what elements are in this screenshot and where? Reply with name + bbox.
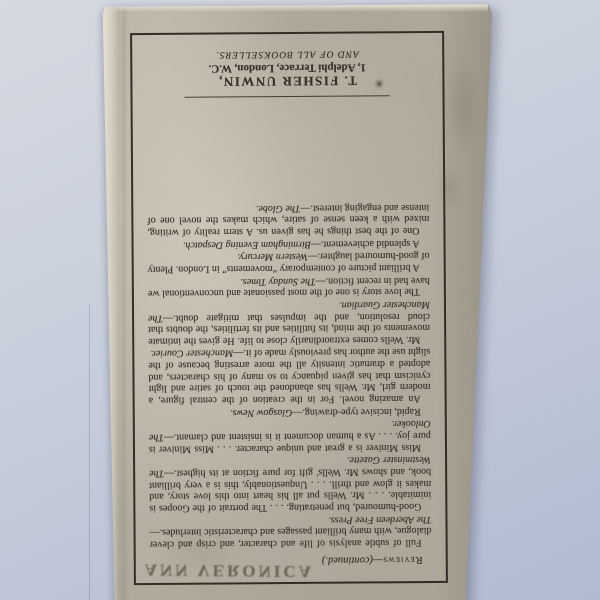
review-text: Full of subtle analysis of life and char… <box>150 525 432 550</box>
booksellers-line: AND OF ALL BOOKSELLERS. <box>146 46 428 60</box>
review-text: Mr. Wells comes extraordinarily close to… <box>148 311 430 347</box>
ghost-title-showthrough: ANN VERONICA <box>145 564 314 577</box>
review-source: The Globe. <box>256 203 301 214</box>
review-paragraph: The love story is one of the most passio… <box>148 274 430 299</box>
review-text: Miss Miniver is a great and unique chara… <box>149 430 431 455</box>
background-seam <box>89 305 90 600</box>
review-paragraph: Miss Miniver is a great and unique chara… <box>149 418 431 455</box>
review-paragraph: Rapid, incisive type-drawing.—Glasgow Ne… <box>149 405 431 419</box>
review-paragraph: Good-humoured, but penetrating. . . . Th… <box>149 454 431 514</box>
cover-crease <box>123 10 126 600</box>
review-text: Good-humoured, but penetrating. . . . Th… <box>149 466 431 514</box>
review-source: Manchester Courier. <box>151 348 234 360</box>
booklet-page: Reviews—(continued.) ANN VERONICA Full o… <box>96 0 492 600</box>
cover-stain <box>446 58 480 154</box>
review-paragraph: Mr. Wells comes extraordinarily close to… <box>148 298 430 347</box>
review-source: The Sunday Times. <box>240 275 315 287</box>
reviews-header-label: Reviews <box>382 554 423 565</box>
review-paragraph: Full of subtle analysis of life and char… <box>149 513 431 550</box>
review-source: Western Mercury. <box>237 251 307 262</box>
publisher-name: ✳T. FISHER UNWIN, <box>146 74 428 88</box>
review-paragraph: A brilliant picture of contemporary “mov… <box>148 250 430 275</box>
review-source: Glasgow News. <box>230 407 292 418</box>
review-source: Birmingham Evening Despatch. <box>183 238 311 250</box>
reviews-header: Reviews—(continued.) ANN VERONICA <box>150 548 432 574</box>
review-text: A splendid achievement.— <box>311 238 420 250</box>
review-text: Rapid, incisive type-drawing.— <box>292 406 420 418</box>
page-top-edge <box>104 4 488 12</box>
photo-background: Reviews—(continued.) ANN VERONICA Full o… <box>0 0 600 600</box>
reviews-header-text: Reviews—(continued.) <box>322 553 423 565</box>
publisher-name-text: T. FISHER UNWIN, <box>218 73 357 89</box>
page-content: Reviews—(continued.) ANN VERONICA Full o… <box>132 33 446 583</box>
review-paragraph: An amazing novel. For in the creation of… <box>148 346 430 406</box>
review-paragraph: A splendid achievement.—Birmingham Eveni… <box>148 237 430 251</box>
publisher-address: 1, Adelphi Terrace, London, W.C. <box>146 61 428 75</box>
book-back-cover: Reviews—(continued.) ANN VERONICA Full o… <box>96 0 492 600</box>
publisher-block: ✳T. FISHER UNWIN, 1, Adelphi Terrace, Lo… <box>146 45 428 104</box>
review-paragraph: One of the best things he has given us. … <box>147 201 429 238</box>
border-frame: Reviews—(continued.) ANN VERONICA Full o… <box>130 31 448 585</box>
divider-rule <box>185 95 390 97</box>
ink-blot-mark: ✳ <box>374 77 384 89</box>
reviews-header-continued: —(continued.) <box>322 554 382 565</box>
review-source: The Aberdeen Free Press. <box>328 514 431 526</box>
page-fore-edge <box>102 6 119 600</box>
